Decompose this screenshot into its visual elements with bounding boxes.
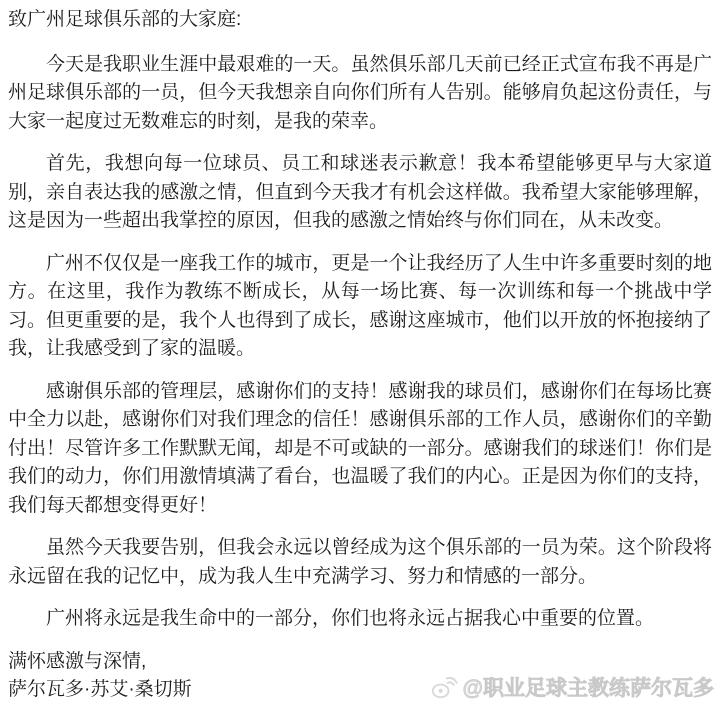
letter-paragraph-6: 广州将永远是我生命中的一部分，你们也将永远占据我心中重要的位置。 <box>8 605 712 634</box>
letter-salutation: 致广州足球俱乐部的大家庭: <box>8 6 712 35</box>
letter-paragraph-3: 广州不仅仅是一座我工作的城市，更是一个让我经历了人生中许多重要时刻的地方。在这里… <box>8 250 712 364</box>
weibo-logo-icon <box>431 676 458 699</box>
letter-paragraph-2: 首先，我想向每一位球员、员工和球迷表示歉意！我本希望能够更早与大家道别，亲自表达… <box>8 150 712 236</box>
letter-paragraph-4: 感谢俱乐部的管理层，感谢你们的支持！感谢我的球员们，感谢你们在每场比赛中全力以赴… <box>8 378 712 521</box>
letter-body: 致广州足球俱乐部的大家庭: 今天是我职业生涯中最艰难的一天。虽然俱乐部几天前已经… <box>0 0 720 705</box>
letter-paragraph-5: 虽然今天我要告别，但我会永远以曾经成为这个俱乐部的一员为荣。这个阶段将永远留在我… <box>8 534 712 591</box>
weibo-watermark: @职业足球主教练萨尔瓦多 <box>431 672 714 702</box>
letter-paragraph-1: 今天是我职业生涯中最艰难的一天。虽然俱乐部几天前已经正式宣布我不再是广州足球俱乐… <box>8 51 712 137</box>
letter-document: 致广州足球俱乐部的大家庭: 今天是我职业生涯中最艰难的一天。虽然俱乐部几天前已经… <box>0 0 720 710</box>
weibo-handle: @职业足球主教练萨尔瓦多 <box>463 672 714 702</box>
